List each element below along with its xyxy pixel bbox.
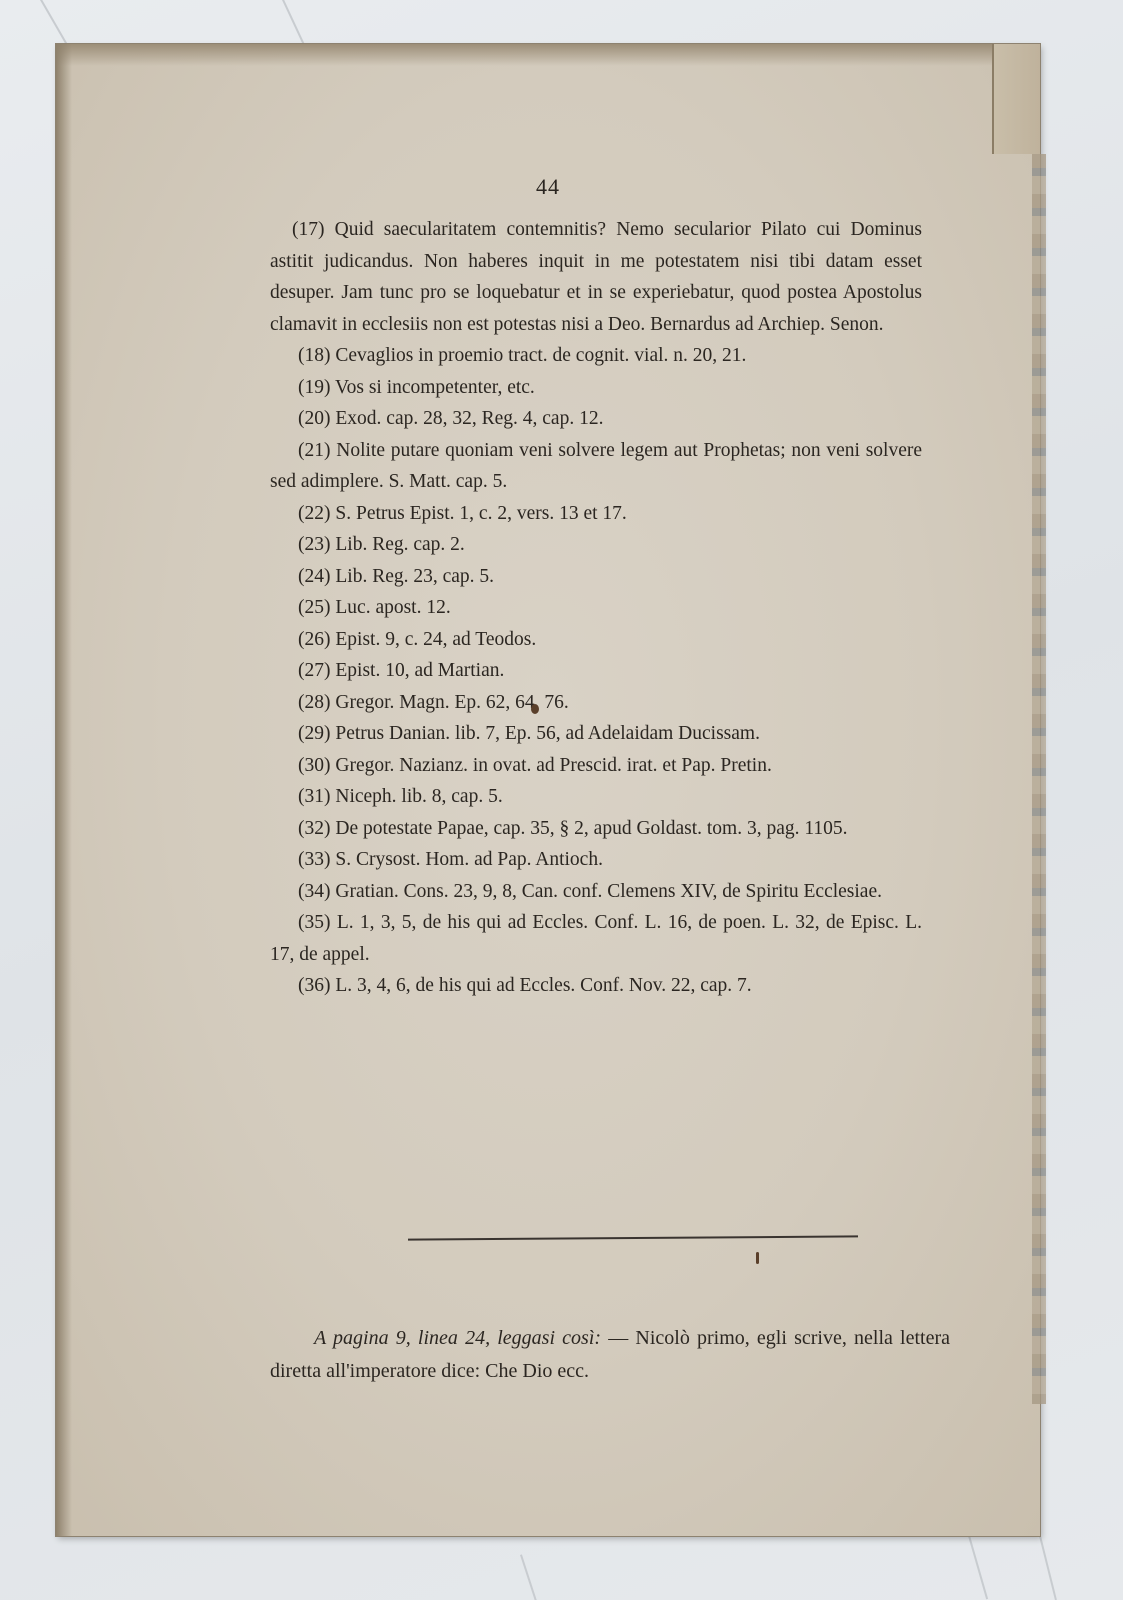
- footnote-number: (25): [298, 597, 331, 618]
- footnote-number: (23): [298, 534, 331, 555]
- footnote: (29) Petrus Danian. lib. 7, Ep. 56, ad A…: [270, 718, 922, 750]
- footnote-text: Niceph. lib. 8, cap. 5.: [335, 786, 502, 807]
- footnote: (27) Epist. 10, ad Martian.: [270, 655, 922, 687]
- footnote: (36) L. 3, 4, 6, de his qui ad Eccles. C…: [270, 970, 922, 1002]
- footnote: (20) Exod. cap. 28, 32, Reg. 4, cap. 12.: [270, 403, 922, 435]
- footnote-number: (33): [298, 849, 331, 870]
- footnote-number: (32): [298, 818, 331, 839]
- folded-corner: [992, 44, 1040, 154]
- footnote-text: Exod. cap. 28, 32, Reg. 4, cap. 12.: [335, 408, 603, 429]
- footnote-text: Luc. apost. 12.: [335, 597, 450, 618]
- footnote-number: (22): [298, 503, 331, 524]
- footnote-text: L. 3, 4, 6, de his qui ad Eccles. Conf. …: [335, 975, 751, 996]
- footnote-number: (34): [298, 881, 331, 902]
- background-crease: [282, 0, 305, 45]
- ink-stain: [531, 704, 539, 714]
- footnote-text: Petrus Danian. lib. 7, Ep. 56, ad Adelai…: [335, 723, 760, 744]
- footnote-text: Quid saecularitatem contemnitis? Nemo se…: [270, 219, 922, 335]
- footnote: (28) Gregor. Magn. Ep. 62, 64, 76.: [270, 687, 922, 719]
- separator-rule: [408, 1235, 858, 1240]
- footnotes-list: (17) Quid saecularitatem contemnitis? Ne…: [270, 214, 922, 1002]
- footnote-number: (24): [298, 566, 331, 587]
- footnote-text: Epist. 9, c. 24, ad Teodos.: [335, 629, 536, 650]
- footnote-number: (35): [298, 912, 331, 933]
- footnote-text: Lib. Reg. cap. 2.: [335, 534, 464, 555]
- footnote: (33) S. Crysost. Hom. ad Pap. Antioch.: [270, 844, 922, 876]
- footnote-text: Vos si incompetenter, etc.: [335, 377, 535, 398]
- footnote-number: (17): [292, 219, 325, 240]
- footnote-text: Gratian. Cons. 23, 9, 8, Can. conf. Clem…: [335, 881, 882, 902]
- footnote-text: Epist. 10, ad Martian.: [335, 660, 504, 681]
- footnote-text: De potestate Papae, cap. 35, § 2, apud G…: [335, 818, 847, 839]
- paper-page: 44 (17) Quid saecularitatem contemnitis?…: [56, 44, 1040, 1536]
- footnote: (18) Cevaglios in proemio tract. de cogn…: [270, 340, 922, 372]
- footnote-number: (21): [298, 440, 331, 461]
- erratum-reference: A pagina 9, linea 24, leggasi così:: [314, 1327, 601, 1349]
- footnote-number: (19): [298, 377, 331, 398]
- footnote-number: (36): [298, 975, 331, 996]
- footnote-text: Cevaglios in proemio tract. de cognit. v…: [335, 345, 746, 366]
- ink-stain: [756, 1252, 759, 1264]
- footnote: (35) L. 1, 3, 5, de his qui ad Eccles. C…: [270, 907, 922, 970]
- footnote: (32) De potestate Papae, cap. 35, § 2, a…: [270, 813, 922, 845]
- footnote-text: S. Crysost. Hom. ad Pap. Antioch.: [335, 849, 603, 870]
- footnote-number: (18): [298, 345, 331, 366]
- footnote-text: L. 1, 3, 5, de his qui ad Eccles. Conf. …: [270, 912, 922, 965]
- footnote-number: (28): [298, 692, 331, 713]
- footnote: (31) Niceph. lib. 8, cap. 5.: [270, 781, 922, 813]
- footnote-number: (20): [298, 408, 331, 429]
- footnote-text: S. Petrus Epist. 1, c. 2, vers. 13 et 17…: [335, 503, 626, 524]
- background-crease: [520, 1554, 537, 1600]
- footnote-text: Lib. Reg. 23, cap. 5.: [335, 566, 494, 587]
- footnote-number: (30): [298, 755, 331, 776]
- footnote-text: Nolite putare quoniam veni solvere legem…: [270, 440, 922, 493]
- page-number: 44: [56, 174, 1040, 200]
- footnote: (26) Epist. 9, c. 24, ad Teodos.: [270, 624, 922, 656]
- footnote: (17) Quid saecularitatem contemnitis? Ne…: [270, 214, 922, 340]
- torn-edge: [1032, 154, 1046, 1404]
- footnote: (21) Nolite putare quoniam veni solvere …: [270, 435, 922, 498]
- footnote-number: (27): [298, 660, 331, 681]
- footnote: (25) Luc. apost. 12.: [270, 592, 922, 624]
- footnote: (22) S. Petrus Epist. 1, c. 2, vers. 13 …: [270, 498, 922, 530]
- footnote: (30) Gregor. Nazianz. in ovat. ad Presci…: [270, 750, 922, 782]
- footnote: (23) Lib. Reg. cap. 2.: [270, 529, 922, 561]
- footnote-number: (26): [298, 629, 331, 650]
- footnote-text: Gregor. Nazianz. in ovat. ad Prescid. ir…: [335, 755, 771, 776]
- footnote-number: (29): [298, 723, 331, 744]
- footnote: (19) Vos si incompetenter, etc.: [270, 372, 922, 404]
- footnote: (24) Lib. Reg. 23, cap. 5.: [270, 561, 922, 593]
- erratum-note: A pagina 9, linea 24, leggasi così: — Ni…: [270, 1322, 950, 1388]
- footnote-number: (31): [298, 786, 331, 807]
- footnote: (34) Gratian. Cons. 23, 9, 8, Can. conf.…: [270, 876, 922, 908]
